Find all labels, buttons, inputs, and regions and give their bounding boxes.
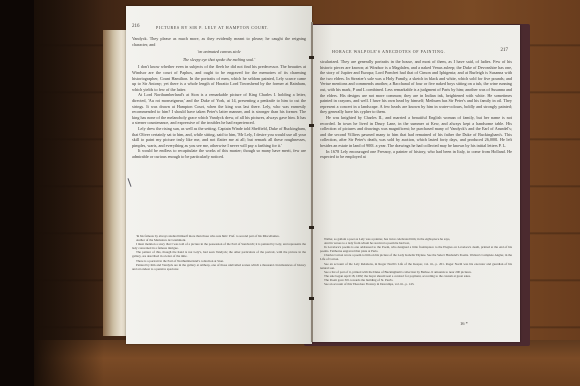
- footnote: See an account of this Theodore Fresnoy …: [320, 282, 512, 286]
- body-text: Vandyck. They please as much more, as th…: [132, 36, 306, 208]
- signature-mark: 16 *: [460, 321, 468, 326]
- paragraph: He was knighted by Charles II., and marr…: [320, 115, 512, 149]
- footnote: Charles Cotton wrote a poem to him on hi…: [320, 253, 512, 261]
- paragraph: sicularized. They are generally portrait…: [320, 59, 512, 115]
- footnote: See an account of the Lely Relations, in…: [320, 262, 512, 270]
- footnotes: 'In his famous by always studied himself…: [132, 234, 306, 330]
- running-head: Pictures by Sir P. Lely at Hampton Court…: [156, 25, 269, 30]
- binding-stitch: [309, 297, 314, 300]
- table-shadow: [34, 0, 104, 386]
- right-page: Horace Walpole's Anecdotes of Painting. …: [312, 25, 520, 342]
- paragraph: It would be endless to recapitulate the …: [132, 148, 306, 159]
- binding-stitch: [309, 56, 314, 59]
- verse-line: 'on animated canvas stole: [132, 49, 306, 55]
- footnote: Painted by him and Vandyck are in the ga…: [132, 263, 306, 271]
- binding-stitch: [309, 226, 314, 229]
- pencil-mark: [127, 178, 131, 187]
- verse-line: The sleepy eye that spoke the melting so…: [132, 57, 306, 63]
- paragraph: Vandyck. They please as much more, as th…: [132, 36, 306, 47]
- footnote: I must mention a story that I was told o…: [132, 242, 306, 250]
- binding-stitch: [309, 124, 314, 127]
- paragraph: I don't know whether even in subjects of…: [132, 64, 306, 92]
- running-head: Horace Walpole's Anecdotes of Painting.: [332, 49, 446, 54]
- footnote: In Lovelace's poems is one addressed to …: [320, 245, 512, 253]
- footnote: The painter of this, though the hand is …: [132, 250, 306, 258]
- paragraph: In 1678 Lely encouraged one Fresnoy, a p…: [320, 149, 512, 160]
- paragraph: Lely drew the rising sun, as well as the…: [132, 126, 306, 148]
- body-text: sicularized. They are generally portrait…: [320, 59, 512, 233]
- wooden-table-foreground: [34, 340, 580, 386]
- left-page: 216 Pictures by Sir P. Lely at Hampton C…: [126, 6, 312, 344]
- paragraph: At Lord Northumberland's at Sion is a re…: [132, 92, 306, 126]
- footnotes: Waller, so gallant a poet as Lely was a …: [320, 237, 512, 325]
- book-gutter: [311, 22, 313, 342]
- page-number: 216: [132, 24, 140, 29]
- dark-background: [0, 0, 34, 386]
- page-number: 217: [501, 48, 509, 53]
